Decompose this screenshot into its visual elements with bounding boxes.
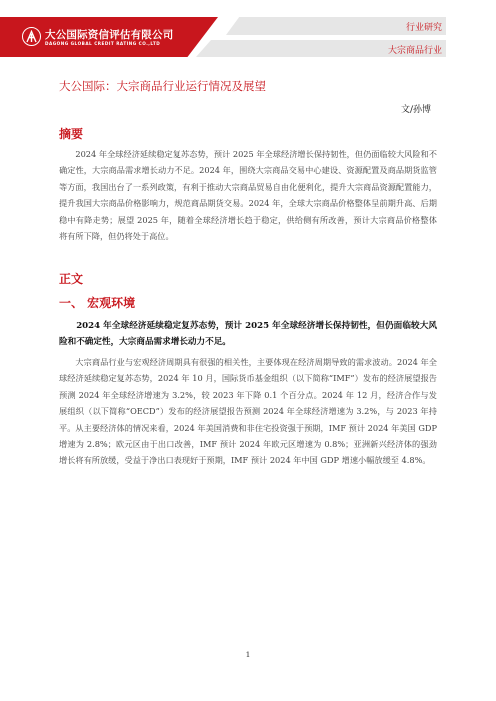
author: 文/孙博 (401, 102, 431, 115)
body-heading: 正文 (59, 270, 83, 287)
category-tag: 行业研究 (406, 20, 442, 33)
company-name-en: DAGONG GLOBAL CREDIT RATING CO.,LTD (45, 41, 160, 46)
abstract-heading: 摘要 (59, 125, 83, 142)
dagong-logo-icon (22, 27, 41, 46)
section-1-heading: 一、 宏观环境 (59, 294, 135, 311)
company-name-cn: 大公国际资信评估有限公司 (45, 27, 173, 42)
page-number: 1 (0, 650, 496, 659)
section-1-lead-paragraph: 2024 年全球经济延续稳定复苏态势，预计 2025 年全球经济增长保持韧性，但… (59, 318, 437, 351)
industry-tag: 大宗商品行业 (388, 43, 442, 56)
abstract-paragraph: 2024 年全球经济延续稳定复苏态势，预计 2025 年全球经济增长保持韧性，但… (59, 146, 437, 244)
section-1-paragraph: 大宗商品行业与宏观经济周期具有很强的相关性，主要体现在经济周期导致的需求波动。2… (59, 354, 437, 469)
document-title: 大公国际：大宗商品行业运行情况及展望 (59, 78, 266, 94)
